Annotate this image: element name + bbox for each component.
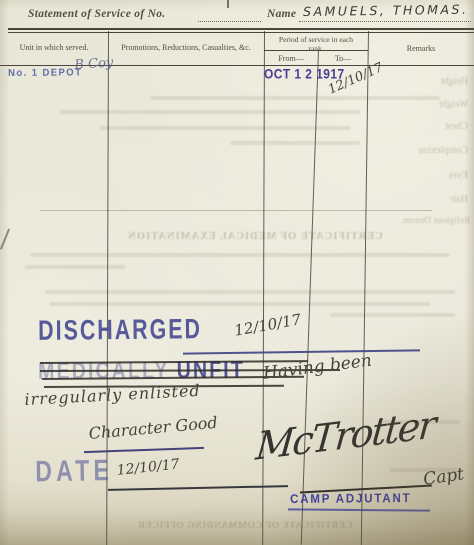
date-stamp: DATE [35, 454, 113, 489]
bleedthrough-label: Religious Denom. [374, 216, 470, 226]
bleedthrough-label: Weight [376, 99, 468, 110]
column-header-from: From— [264, 54, 318, 64]
bleedthrough-line [230, 141, 360, 145]
pencil-mark [0, 229, 10, 250]
statement-of-service-label: Statement of Service of No. [28, 8, 165, 20]
bleedthrough-heading: CERTIFICATE OF MEDICAL EXAMINATION [105, 231, 405, 242]
discharged-underline [183, 349, 420, 354]
faint-mid-rule [40, 210, 432, 211]
bleedthrough-label: Chest [376, 121, 468, 132]
note-having-been: Having been [262, 351, 373, 384]
character-underline [84, 447, 204, 453]
bleedthrough-line [100, 126, 350, 130]
date-value-handwritten: 12/10/17 [116, 456, 180, 478]
camp-adjutant-stamp: CAMP ADJUTANT [290, 491, 412, 506]
table-header-bottom-rule [0, 65, 474, 66]
table-vline-3 [301, 50, 319, 545]
name-blank [299, 8, 471, 22]
bleedthrough-label: Eyes [376, 170, 468, 181]
discharged-stamp: DISCHARGED [38, 312, 202, 347]
bleedthrough-line [25, 265, 125, 269]
table-vline-2 [262, 31, 265, 545]
period-sub-rule [264, 50, 368, 51]
period-header-line2: rank. [308, 44, 323, 53]
name-label: Name [267, 8, 296, 20]
service-number-blank [198, 8, 261, 22]
unit-company-note: B Coy [74, 55, 114, 73]
column-header-promotions: Promotions, Reductions, Casualties, &c. [110, 43, 262, 53]
bleedthrough-label: Complexion [376, 145, 468, 156]
registration-mark [227, 0, 229, 8]
column-header-unit: Unit in which served. [2, 43, 106, 53]
discharged-date-handwritten: 12/10/17 [233, 310, 302, 339]
signature: McTrotter [254, 402, 436, 469]
header-rule-thin [8, 32, 474, 33]
bleedthrough-line [30, 253, 450, 257]
unit-depot-stamp: No. 1 DEPOT [8, 67, 82, 79]
bleedthrough-heading-bottom: CERTIFICATE OF COMMANDING OFFICER [115, 521, 375, 531]
period-header-line1: Period of service in each [279, 35, 353, 44]
table-vline-4 [361, 31, 369, 545]
header-rule-thick [8, 28, 474, 30]
date-underline [108, 485, 288, 490]
column-header-to: To— [318, 54, 368, 64]
column-header-remarks: Remarks [368, 44, 474, 54]
from-date-stamp: OCT 1 2 1917 [264, 66, 345, 82]
bleedthrough-line [150, 96, 440, 100]
bleedthrough-label: Hair [376, 194, 468, 205]
bleedthrough-label: Height [376, 76, 468, 87]
bleedthrough-line [330, 313, 455, 317]
scanned-service-record-page: CERTIFICATE OF MEDICAL EXAMINATION CERTI… [0, 0, 474, 545]
camp-adjutant-underline [288, 508, 430, 511]
